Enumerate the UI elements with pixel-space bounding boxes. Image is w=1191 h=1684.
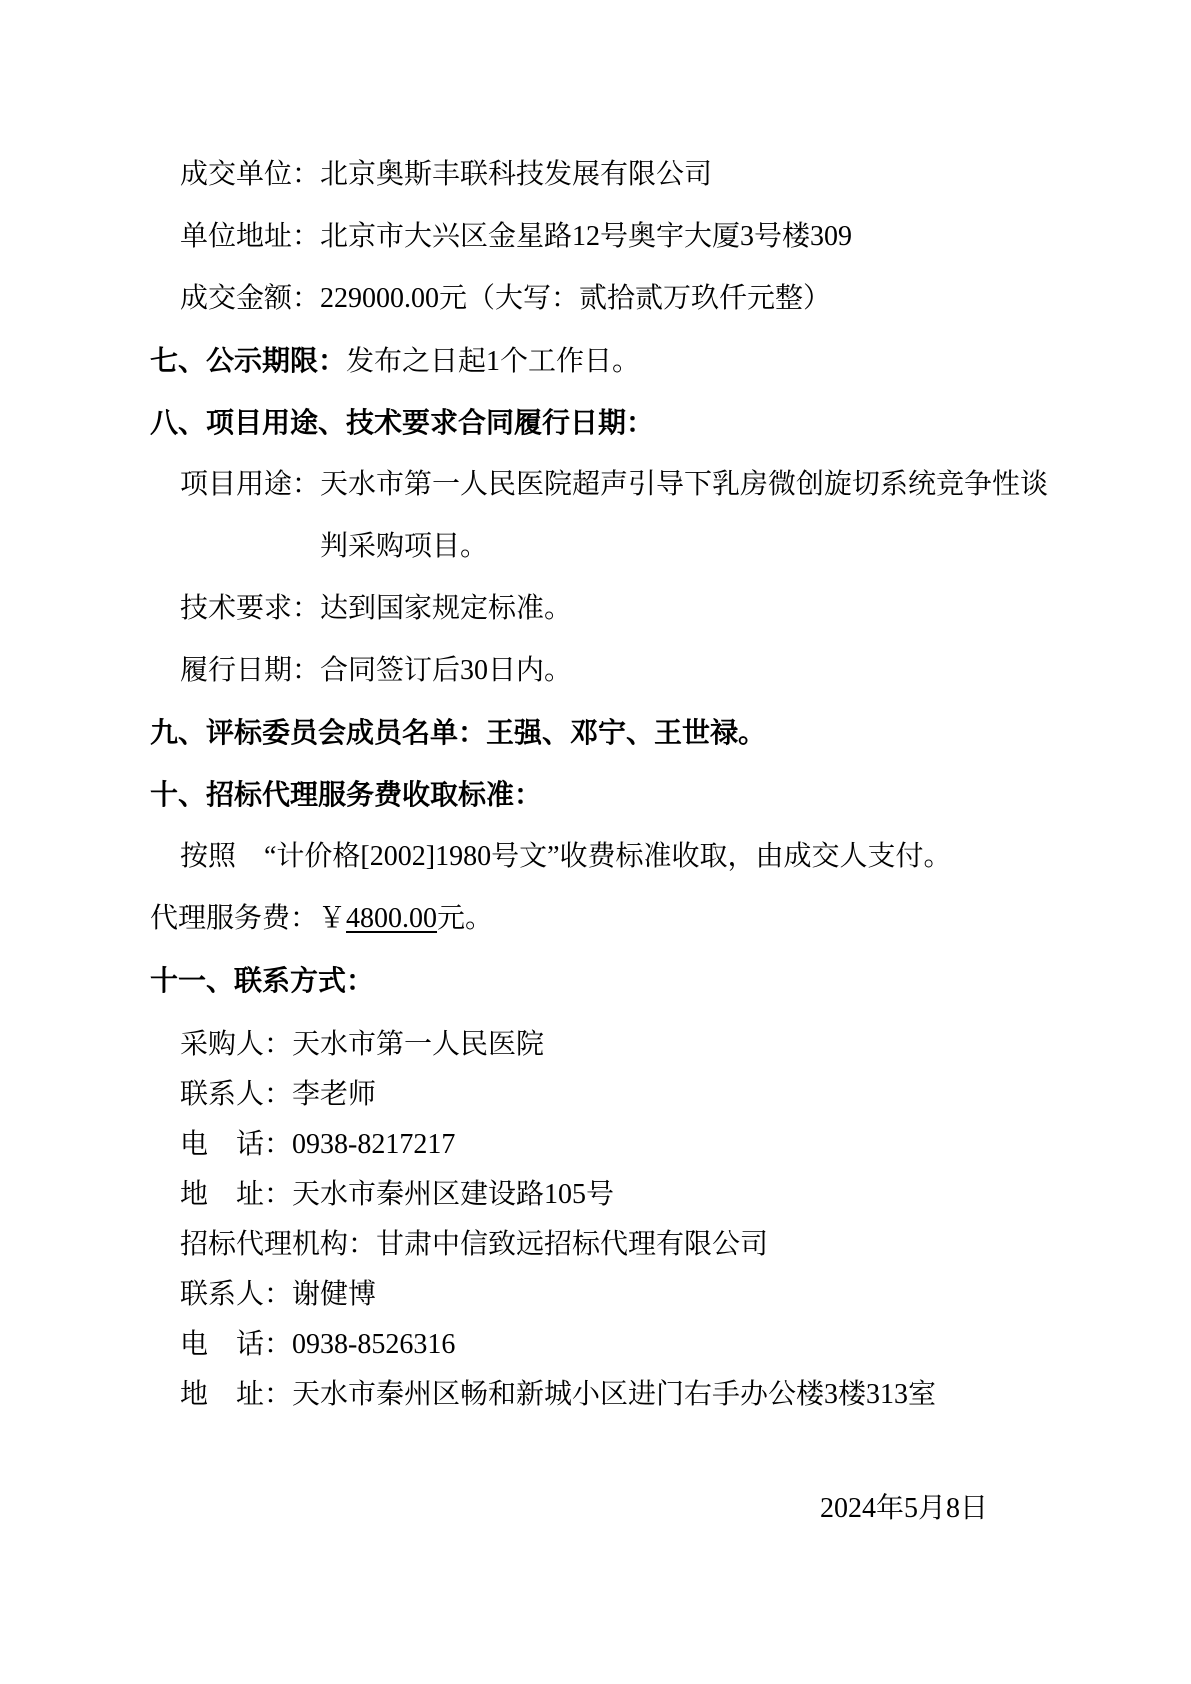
section-7-heading: 七、公示期限：	[150, 345, 346, 376]
project-usage-line-2: 判采购项目。	[150, 516, 1041, 578]
section-7-text: 发布之日起1个工作日。	[346, 346, 640, 377]
section-9-committee-line: 九、评标委员会成员名单：王强、邓宁、王世禄。	[150, 702, 1041, 764]
agency-address-line: 地 址：天水市秦州区畅和新城小区进门右手办公楼3楼313室	[150, 1370, 1041, 1420]
agency-fee-amount-line: 代理服务费：￥4800.00元。	[150, 888, 1041, 950]
purchaser-line: 采购人：天水市第一人民医院	[150, 1020, 1041, 1070]
document-page: 成交单位：北京奥斯丰联科技发展有限公司 单位地址：北京市大兴区金星路12号奥宇大…	[0, 0, 1191, 1684]
section-7-publicity-period-line: 七、公示期限：发布之日起1个工作日。	[150, 330, 1041, 392]
purchaser-phone-line: 电 话：0938-8217217	[150, 1120, 1041, 1170]
awarded-supplier-line: 成交单位：北京奥斯丰联科技发展有限公司	[150, 144, 1041, 206]
award-amount-line: 成交金额：229000.00元（大写：贰拾贰万玖仟元整）	[150, 268, 1041, 330]
document-content: 成交单位：北京奥斯丰联科技发展有限公司 单位地址：北京市大兴区金星路12号奥宇大…	[150, 144, 1041, 1534]
section-8-heading: 八、项目用途、技术要求合同履行日期：	[150, 392, 1041, 454]
purchaser-contact-line: 联系人：李老师	[150, 1070, 1041, 1120]
document-date: 2024年5月8日	[150, 1484, 1041, 1534]
agency-fee-prefix: 代理服务费：￥	[150, 903, 346, 934]
agency-phone-line: 电 话：0938-8526316	[150, 1320, 1041, 1370]
agency-fee-suffix: 元。	[437, 903, 493, 934]
project-usage-line-1: 项目用途：天水市第一人民医院超声引导下乳房微创旋切系统竞争性谈	[150, 454, 1041, 516]
agency-contact-line: 联系人：谢健博	[150, 1270, 1041, 1320]
section-10-heading: 十、招标代理服务费收取标准：	[150, 764, 1041, 826]
agency-line: 招标代理机构：甘肃中信致远招标代理有限公司	[150, 1220, 1041, 1270]
agency-fee-basis-line: 按照 “计价格[2002]1980号文”收费标准收取，由成交人支付。	[150, 826, 1041, 888]
section-11-heading: 十一、联系方式：	[150, 950, 1041, 1012]
contact-list: 采购人：天水市第一人民医院 联系人：李老师 电 话：0938-8217217 地…	[150, 1020, 1041, 1420]
performance-date-line: 履行日期：合同签订后30日内。	[150, 640, 1041, 702]
technical-requirements-line: 技术要求：达到国家规定标准。	[150, 578, 1041, 640]
purchaser-address-line: 地 址：天水市秦州区建设路105号	[150, 1170, 1041, 1220]
supplier-address-line: 单位地址：北京市大兴区金星路12号奥宇大厦3号楼309	[150, 206, 1041, 268]
agency-fee-amount: 4800.00	[346, 903, 437, 934]
